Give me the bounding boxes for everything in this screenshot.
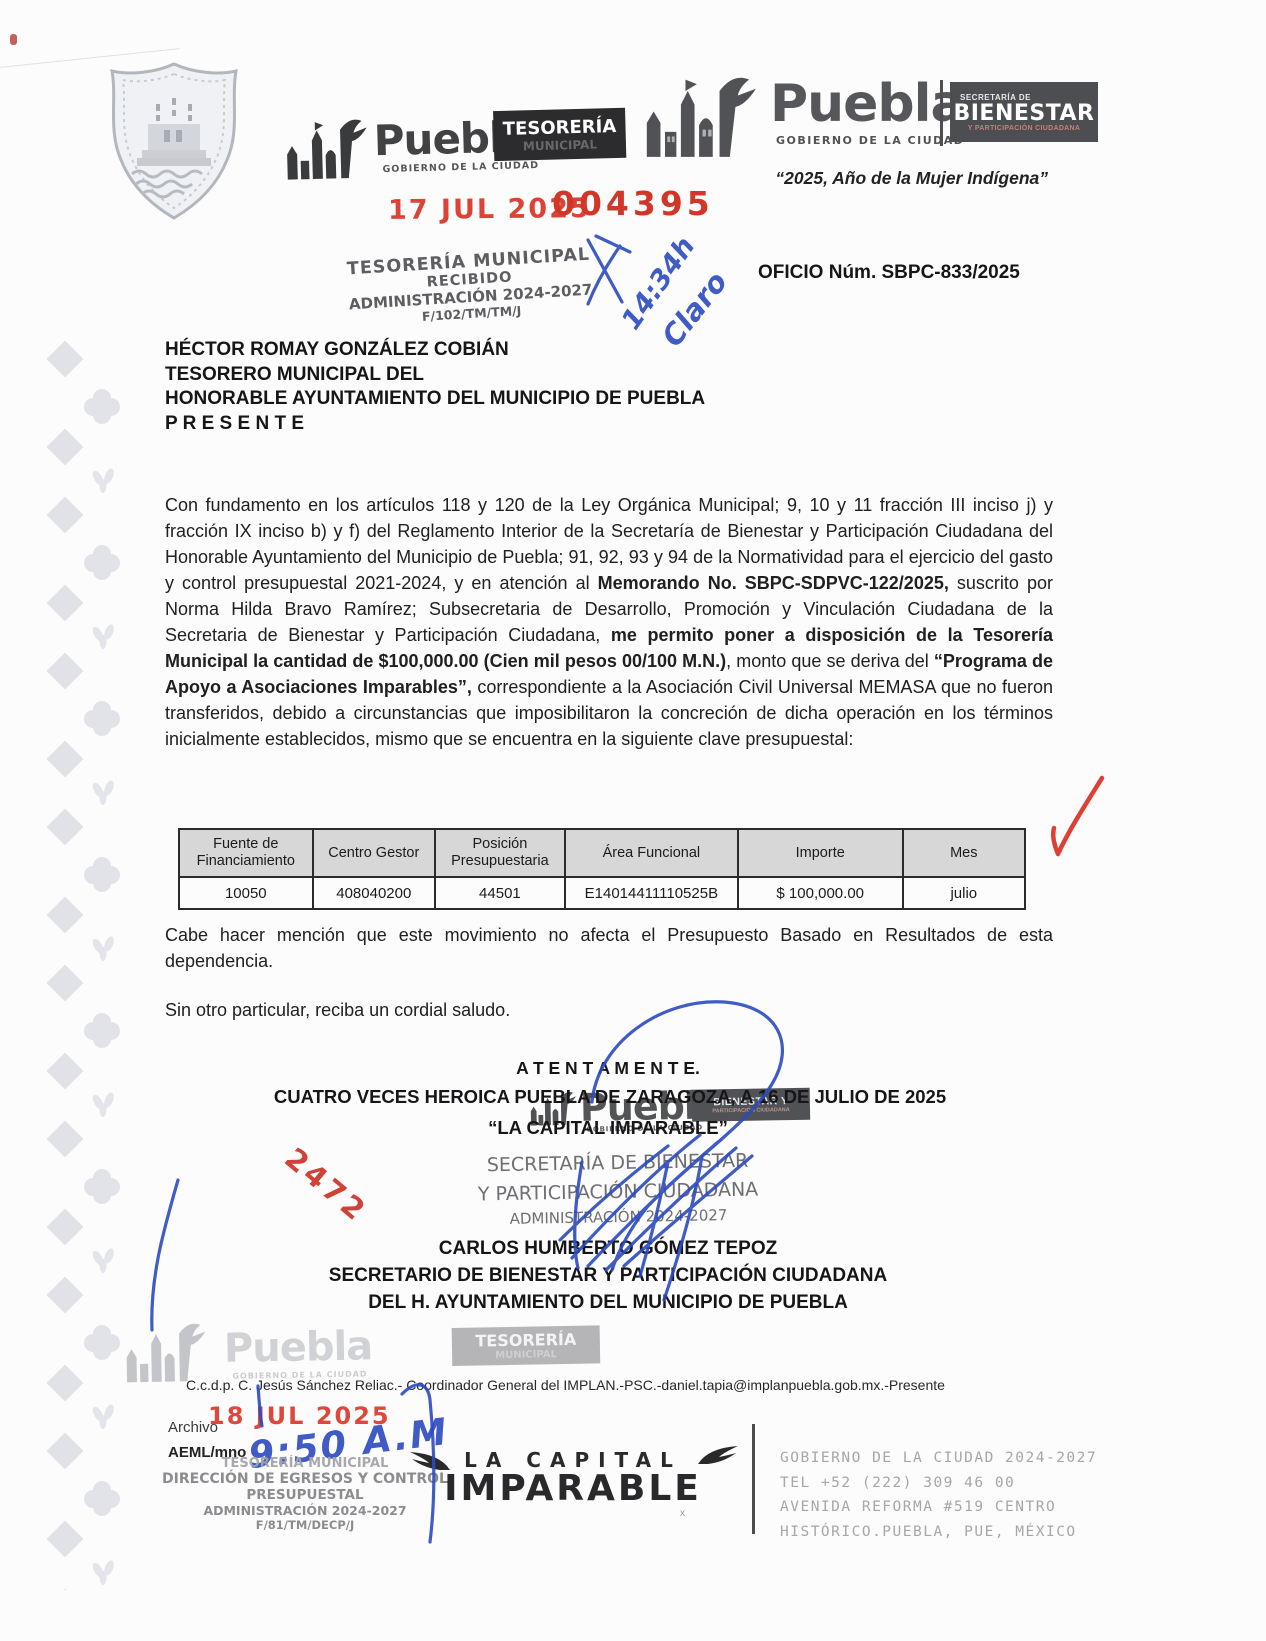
- table-header-row: Fuente de Financiamiento Centro Gestor P…: [179, 829, 1025, 877]
- contact-line3: AVENIDA REFORMA #519 CENTRO: [780, 1495, 1097, 1520]
- addressee-title: TESORERO MUNICIPAL DEL: [165, 363, 705, 388]
- addressee-presente: P R E S E N T E: [165, 412, 705, 437]
- note-paragraph: Cabe hacer mención que este movimiento n…: [165, 922, 1053, 974]
- bienestar-dept-box: SECRETARÍA DE BIENESTAR Y PARTICIPACIÓN …: [950, 82, 1098, 142]
- addressee-name: HÉCTOR ROMAY GONZÁLEZ COBIÁN: [165, 338, 705, 363]
- stamp-box: TESORERÍA MUNICIPAL: [452, 1325, 601, 1366]
- contact-line1: GOBIERNO DE LA CIUDAD 2024-2027: [780, 1446, 1097, 1471]
- body-paragraph: Con fundamento en los artículos 118 y 12…: [165, 492, 1053, 752]
- tesoreria-stamp-box: TESORERÍA MUNICIPAL: [493, 108, 626, 161]
- col-area-funcional: Área Funcional: [565, 829, 738, 877]
- dept-stamp-line2: Y PARTICIPACIÓN CIUDADANA: [448, 1178, 788, 1206]
- signer-title1: SECRETARIO DE BIENESTAR Y PARTICIPACIÓN …: [258, 1265, 958, 1287]
- scan-speck: x: [680, 1508, 685, 1519]
- capital-line: “LA CAPITAL IMPARABLE”: [388, 1117, 828, 1139]
- talavera-margin-pattern: [36, 338, 132, 1590]
- budget-table: Fuente de Financiamiento Centro Gestor P…: [178, 828, 1026, 910]
- cell-area-funcional: E14014411110525B: [565, 877, 738, 909]
- stamp-box-line1: TESORERÍA: [502, 115, 616, 139]
- puebla-skyline-icon: [640, 68, 765, 164]
- tesoreria-received-stamp: TESORERÍA MUNICIPAL RECIBIDO ADMINISTRAC…: [318, 243, 622, 330]
- contact-line4: HISTÓRICO.PUEBLA, PUE, MÉXICO: [780, 1520, 1097, 1545]
- logo-gobierno-text: GOBIERNO DE LA CIUDAD: [776, 134, 964, 147]
- col-mes: Mes: [903, 829, 1025, 877]
- atentamente-line: A T E N T A M E N T E.: [388, 1058, 828, 1079]
- ccdp-line: C.c.d.p. C. Jesús Sánchez Reliac.- Coord…: [186, 1377, 1166, 1393]
- logo-brand-text: Puebla: [770, 74, 965, 134]
- red-folio-stamp: 2472: [278, 1141, 374, 1229]
- capital-imparable-logo: LA CAPITAL IMPARABLE x: [408, 1442, 738, 1517]
- col-importe: Importe: [738, 829, 903, 877]
- stamp-brand-text: Puebla: [224, 1323, 373, 1372]
- cell-importe: $ 100,000.00: [738, 877, 903, 909]
- red-checkmark-annotation: [1030, 770, 1130, 880]
- col-fuente: Fuente de Financiamiento: [179, 829, 313, 877]
- signer-name: CARLOS HUMBERTO GÓMEZ TEPOZ: [258, 1238, 958, 1260]
- footer-divider: [752, 1424, 755, 1534]
- puebla-skyline-icon: [281, 110, 375, 186]
- col-centro-gestor: Centro Gestor: [313, 829, 435, 877]
- dept-sub-text: Y PARTICIPACIÓN CIUDADANA: [968, 125, 1081, 132]
- cell-centro-gestor: 408040200: [313, 877, 435, 909]
- dept-stamp-line3: ADMINISTRACIÓN 2024-2027: [448, 1205, 788, 1229]
- dept-stamp-line1: SECRETARÍA DE BIENESTAR: [447, 1149, 787, 1177]
- cell-mes: julio: [903, 877, 1025, 909]
- contact-line2: TEL +52 (222) 309 46 00: [780, 1471, 1097, 1496]
- budget-table-wrap: Fuente de Financiamiento Centro Gestor P…: [178, 828, 1026, 910]
- scan-artifact-red-dot: [10, 34, 17, 45]
- stamp-box-line2: MUNICIPAL: [495, 1349, 557, 1361]
- col-posicion: Posición Presupuestaria: [435, 829, 565, 877]
- addressee-org: HONORABLE AYUNTAMIENTO DEL MUNICIPIO DE …: [165, 387, 705, 412]
- stamp-box-line1: TESORERÍA: [475, 1330, 576, 1351]
- footer-contact-block: GOBIERNO DE LA CIUDAD 2024-2027 TEL +52 …: [780, 1446, 1097, 1544]
- document-page: Puebla GOBIERNO DE LA CIUDAD TESORERÍA M…: [0, 0, 1266, 1641]
- egresos-line5: F/81/TM/DECP/J: [140, 1518, 470, 1532]
- stamp-box-line2: PARTICIPACIÓN CIUDADANA: [712, 1107, 789, 1114]
- place-date-line: CUATRO VECES HEROICA PUEBLA DE ZARAGOZA,…: [160, 1086, 1060, 1108]
- stamp-box-line2: MUNICIPAL: [523, 137, 597, 153]
- secretaria-bienestar-stamp: SECRETARÍA DE BIENESTAR Y PARTICIPACIÓN …: [447, 1149, 788, 1229]
- dept-big-text: BIENESTAR: [953, 102, 1094, 125]
- cell-posicion: 44501: [435, 877, 565, 909]
- tesoreria-municipal-stamp: Puebla GOBIERNO DE LA CIUDAD TESORERÍA M…: [281, 103, 643, 192]
- logo-divider: [940, 80, 943, 146]
- wing-right-icon: [696, 1444, 740, 1470]
- puebla-skyline-icon: [111, 1318, 222, 1386]
- capital-logo-line2: IMPARABLE: [428, 1468, 718, 1509]
- table-data-row: 10050 408040200 44501 E14014411110525B $…: [179, 877, 1025, 909]
- puebla-coat-of-arms-icon: [98, 58, 250, 228]
- addressee-block: HÉCTOR ROMAY GONZÁLEZ COBIÁN TESORERO MU…: [165, 338, 705, 436]
- cell-fuente: 10050: [179, 877, 313, 909]
- puebla-city-logo: Puebla GOBIERNO DE LA CIUDAD SECRETARÍA …: [640, 68, 1100, 168]
- closing-line: Sin otro particular, reciba un cordial s…: [165, 1000, 510, 1021]
- folio-number-stamp: 004395: [552, 184, 714, 223]
- oficio-number: OFICIO Núm. SBPC-833/2025: [758, 262, 1020, 284]
